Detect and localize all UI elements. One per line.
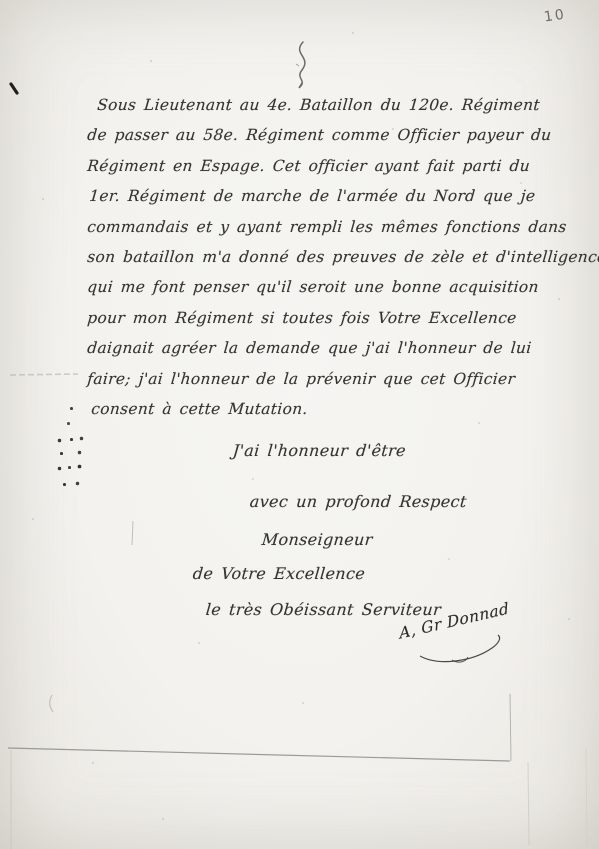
letter-line: de passer au 58e. Régiment comme Officie… bbox=[86, 120, 559, 150]
closing-line: Monseigneur bbox=[261, 530, 374, 549]
scanned-letter-page: 10 Sous Lieutenant au 4e. Bataillon du 1… bbox=[0, 0, 599, 849]
letter-line: pour mon Régiment si toutes fois Votre E… bbox=[86, 303, 559, 333]
letter-body: Sous Lieutenant au 4e. Bataillon du 120e… bbox=[86, 90, 556, 424]
letter-line: consent à cette Mutation. bbox=[86, 394, 559, 424]
closing-line: de Votre Excellence bbox=[192, 564, 366, 583]
closing-line: avec un profond Respect bbox=[249, 492, 468, 511]
letter-line: son bataillon m'a donné des preuves de z… bbox=[86, 242, 559, 272]
closing-line: J'ai l'honneur d'être bbox=[232, 441, 407, 460]
letter-line: qui me font penser qu'il seroit une bonn… bbox=[86, 272, 559, 302]
letter-line: Sous Lieutenant au 4e. Bataillon du 120e… bbox=[86, 90, 559, 120]
letter-line: faire; j'ai l'honneur de la prévenir que… bbox=[86, 364, 559, 394]
letter-line: 1er. Régiment de marche de l'armée du No… bbox=[86, 181, 559, 211]
closing-line: le très Obéissant Serviteur bbox=[205, 600, 442, 619]
signature-flourish bbox=[412, 630, 532, 670]
page-number: 10 bbox=[543, 7, 567, 26]
paper-speckles bbox=[0, 0, 2, 2]
letter-line: commandais et y ayant rempli les mêmes f… bbox=[86, 212, 559, 242]
letter-line: daignait agréer la demande que j'ai l'ho… bbox=[86, 333, 559, 363]
letter-line: Régiment en Espage. Cet officier ayant f… bbox=[86, 151, 559, 181]
